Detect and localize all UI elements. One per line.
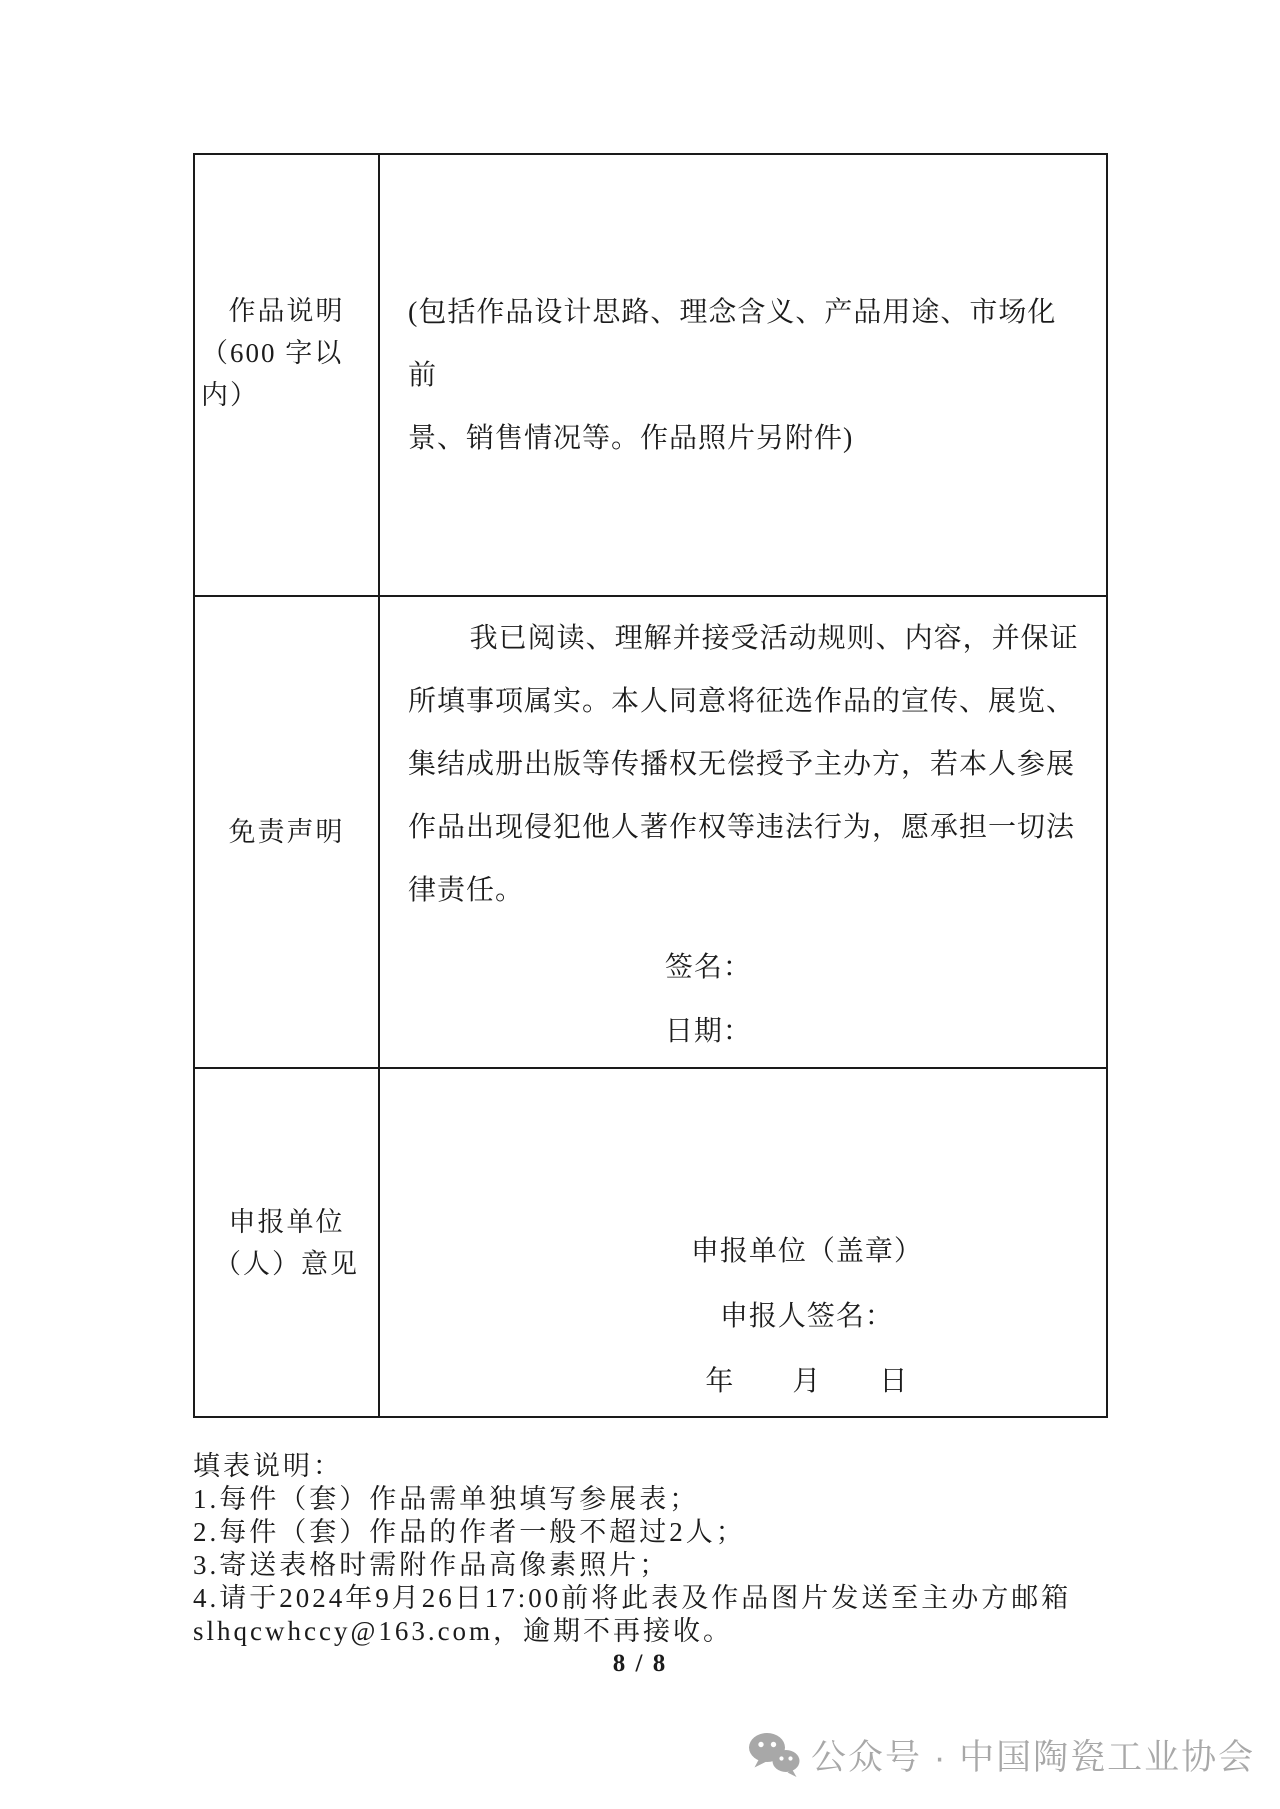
label-cell-work-description: 作品说明 （600 字以 内）: [195, 155, 380, 595]
content-cell-work-description: (包括作品设计思路、理念含义、产品用途、市场化前 景、销售情况等。作品照片另附件…: [380, 155, 1106, 595]
unit-stamp-label: 申报单位（盖章）: [611, 1219, 1003, 1284]
label-cell-disclaimer: 免责声明: [195, 597, 380, 1067]
application-form-table: 作品说明 （600 字以 内） (包括作品设计思路、理念含义、产品用途、市场化前…: [193, 153, 1108, 1418]
content-cell-applicant-opinion: 申报单位（盖章） 申报人签名： 年 月 日: [380, 1069, 1106, 1416]
note-item: 2.每件（套）作品的作者一般不超过2人；: [193, 1516, 1123, 1549]
notes-title: 填表说明：: [193, 1450, 1123, 1483]
signature-label: 签名：: [665, 936, 1084, 1000]
row-label-sub: （600 字以: [201, 332, 372, 374]
wechat-account-label: 公众号 · 中国陶瓷工业协会: [811, 1730, 1255, 1780]
row-label-sub: 内）: [201, 374, 372, 416]
note-item: 4.请于2024年9月26日17:00前将此表及作品图片发送至主办方邮箱: [193, 1582, 1123, 1615]
page-number: 8 / 8: [0, 1650, 1280, 1678]
document-page: 作品说明 （600 字以 内） (包括作品设计思路、理念含义、产品用途、市场化前…: [0, 0, 1280, 1809]
table-row-disclaimer: 免责声明 我已阅读、理解并接受活动规则、内容，并保证 所填事项属实。本人同意将征…: [195, 595, 1106, 1067]
disclaimer-line: 集结成册出版等传播权无偿授予主办方，若本人参展: [408, 733, 1084, 796]
date-label: 日期：: [665, 1000, 1084, 1064]
applicant-signature-label: 申报人签名：: [611, 1284, 1003, 1349]
note-item-continuation: slhqcwhccy@163.com，逾期不再接收。: [193, 1615, 1123, 1648]
row-label: 申报单位: [201, 1201, 372, 1243]
row-label: （人）意见: [201, 1243, 372, 1285]
table-row-applicant-opinion: 申报单位 （人）意见 申报单位（盖章） 申报人签名： 年 月 日: [195, 1067, 1106, 1416]
table-row-work-description: 作品说明 （600 字以 内） (包括作品设计思路、理念含义、产品用途、市场化前…: [195, 155, 1106, 595]
description-hint-line: (包括作品设计思路、理念含义、产品用途、市场化前: [408, 281, 1084, 407]
disclaimer-line: 律责任。: [408, 859, 1084, 922]
disclaimer-line: 所填事项属实。本人同意将征选作品的宣传、展览、: [408, 670, 1084, 733]
note-item: 1.每件（套）作品需单独填写参展表；: [193, 1483, 1123, 1516]
row-label: 作品说明: [201, 290, 372, 332]
wechat-account-footer: 公众号 · 中国陶瓷工业协会: [748, 1730, 1255, 1780]
stamp-signature-block: 申报单位（盖章） 申报人签名： 年 月 日: [611, 1219, 1003, 1414]
wechat-icon: [748, 1732, 800, 1778]
form-filling-notes: 填表说明： 1.每件（套）作品需单独填写参展表； 2.每件（套）作品的作者一般不…: [193, 1450, 1123, 1648]
row-label: 免责声明: [201, 811, 372, 853]
note-item: 3.寄送表格时需附作品高像素照片；: [193, 1549, 1123, 1582]
description-hint-line: 景、销售情况等。作品照片另附件): [408, 407, 1084, 470]
signature-block: 签名： 日期：: [665, 936, 1084, 1064]
date-ymd-label: 年 月 日: [611, 1349, 1003, 1414]
content-cell-disclaimer: 我已阅读、理解并接受活动规则、内容，并保证 所填事项属实。本人同意将征选作品的宣…: [380, 597, 1106, 1067]
label-cell-applicant-opinion: 申报单位 （人）意见: [195, 1069, 380, 1416]
disclaimer-line: 我已阅读、理解并接受活动规则、内容，并保证: [408, 607, 1084, 670]
disclaimer-line: 作品出现侵犯他人著作权等违法行为，愿承担一切法: [408, 796, 1084, 859]
